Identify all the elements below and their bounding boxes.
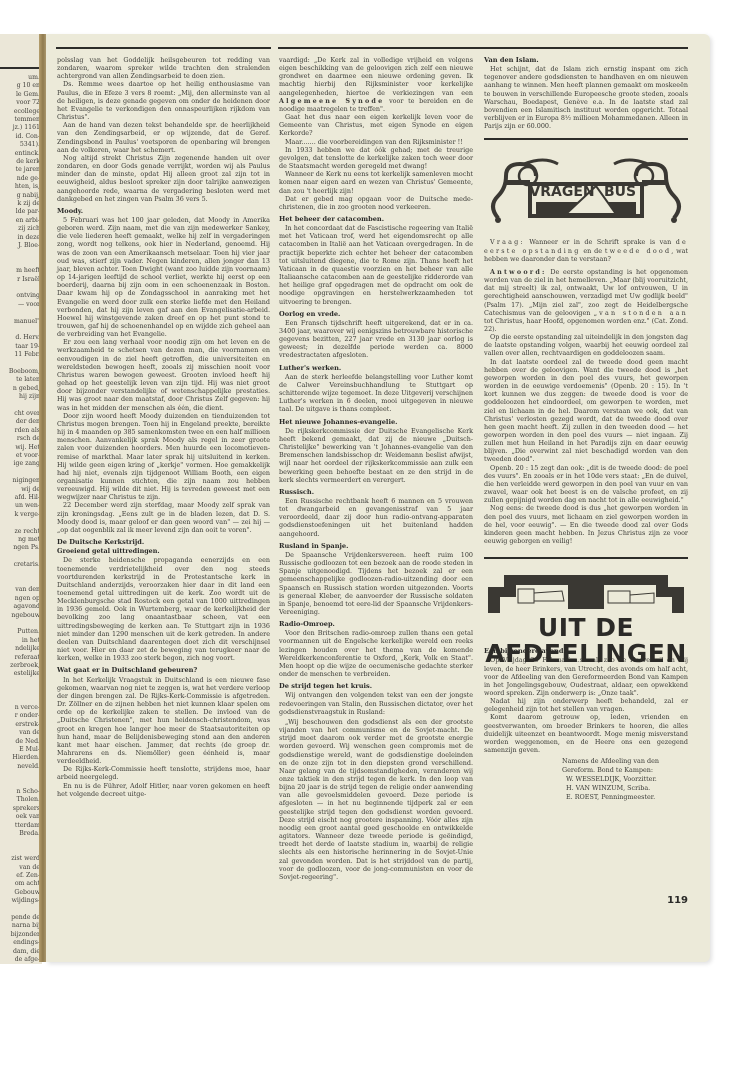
fragment-line: te jaren <box>0 166 40 174</box>
fragment-line: n Scho- <box>0 788 40 796</box>
column-3: Van den Islam. Het schijnt, dat de Islam… <box>484 56 688 802</box>
news-items: Het beheer der catacomben.In het concord… <box>279 215 473 716</box>
paragraph: vaardigd: „De Kerk zal in volledige vrij… <box>279 56 473 113</box>
paragraph: Ds. Remme wees daartoe op het heilig ent… <box>57 80 270 121</box>
column-2-3-top-rule <box>278 47 688 49</box>
fragment-line: agavond <box>0 603 40 611</box>
paragraph: In het concordaat dat de Fascistische re… <box>279 224 473 306</box>
section-heading: Het beheer der catacomben. <box>279 215 473 223</box>
paragraph: Door zijn woord heeft Moody duizenden en… <box>57 412 270 502</box>
fragment-line: narna bij <box>0 922 40 930</box>
answer: Antwoord: De eerste opstanding is het op… <box>484 268 688 333</box>
section-heading: Rusland in Spanje. <box>279 542 473 550</box>
fragment-line: endings- <box>0 939 40 947</box>
paragraph: De rijkskerkcommissie der Duitsche Evang… <box>279 427 473 484</box>
fragment-line: Hierden. <box>0 754 40 762</box>
emphasis: „van stonden aan <box>594 309 688 317</box>
fragment-line: ze recht <box>0 528 40 536</box>
question: Vraag: Wanneer er in de Schrift sprake i… <box>484 238 688 262</box>
svg-text:BUS: BUS <box>604 184 636 200</box>
fragment-line: erstrek- <box>0 721 40 729</box>
separator-rule <box>484 557 688 559</box>
fragment-line: de kerk <box>0 158 40 166</box>
paragraph: De Rijks-Kerk-Commissie heeft tenslotte,… <box>57 765 270 781</box>
fragment-line: om acht <box>0 880 40 888</box>
fragment-line: J. Bloe- <box>0 242 40 250</box>
fragment-line: der den <box>0 418 40 426</box>
signature-line: H. VAN WINZUM, Scriba. <box>562 784 688 793</box>
fragment-line: Tholen. <box>0 796 40 804</box>
fragment-line: van de <box>0 864 40 872</box>
separator-rule <box>484 138 688 140</box>
fragment-line: sprekers <box>0 805 40 813</box>
fragment-line: de Ned. <box>0 738 40 746</box>
fragment-line: n verce- <box>0 704 40 712</box>
fragment-line: bijzonder <box>0 931 40 939</box>
section-heading: Oorlog en vrede. <box>279 310 473 318</box>
fragment-line: ngebouw <box>0 612 40 620</box>
fragment-line: k verge- <box>0 511 40 519</box>
previous-page-fragment: um.g 10 enle Gem.voor 72ecollegetemmenjz… <box>0 34 42 964</box>
fragment-line: neveld. <box>0 763 40 771</box>
paragraph: Openb. 20 : 15 zegt dan ook: „dit is de … <box>484 464 688 505</box>
fragment-line: voor 72 <box>0 99 40 107</box>
paragraph: In het Kerkelijk Vraagstuk in Duitschlan… <box>57 676 270 766</box>
paragraph: Voor den Britschen radio-omroep zullen t… <box>279 629 473 678</box>
fragment-line: de afge- <box>0 956 40 964</box>
fragment-line: id. Con- <box>0 133 40 141</box>
fragment-line: pende de <box>0 914 40 922</box>
paragraph: polsslag van het Goddelijk heilsgebeuren… <box>57 56 270 80</box>
fragment-line: m heeft <box>0 267 40 275</box>
fragment-line: hten, is, <box>0 183 40 191</box>
fragment-line: zist werd <box>0 855 40 863</box>
fragment-line: van de <box>0 729 40 737</box>
paragraph: Het schijnt, dat de Islam zich ernstig i… <box>484 65 688 130</box>
previous-page-rule <box>0 67 40 69</box>
fragment-line: te laten <box>0 376 40 384</box>
fragment-line: Gebouw <box>0 889 40 897</box>
answer-label: Antwoord: <box>490 268 547 276</box>
fragment-line: Breda. <box>0 830 40 838</box>
fragment-line: Putten. <box>0 628 40 636</box>
emphasis: tweede dood <box>605 247 671 255</box>
section-subheading: Groeiend getal uittredingen. <box>57 547 270 555</box>
fragment-line: um. <box>0 74 40 82</box>
paragraph: In 1933 hebben we dat óók gehad; met de … <box>279 146 473 170</box>
stalin-quote: „Wij beschouwen den godsdienst als een d… <box>279 718 473 881</box>
fragment-line: g 10 en <box>0 82 40 90</box>
paragraph: Wij ontvangen den volgenden tekst van ee… <box>279 691 473 715</box>
fragment-line: g nabij, <box>0 192 40 200</box>
afdeelingen-illustration <box>484 567 688 615</box>
paragraph: Wanneer de Kerk nu eens tot kerkelijk sa… <box>279 170 473 194</box>
column-1: polsslag van het Goddelijk heilsgebeuren… <box>57 56 270 798</box>
paragraph: De sterke heidensche propaganda eenerzij… <box>57 556 270 662</box>
text: Wanneer er in de Schrift sprake is van <box>529 238 671 246</box>
fragment-line: n gebed, <box>0 385 40 393</box>
fragment-line: ngen Ps. <box>0 544 40 552</box>
text: vaardigd: „De Kerk zal in volledige vrij… <box>279 56 473 97</box>
fragment-line: estelijke <box>0 670 40 678</box>
fragment-line: dam, die <box>0 948 40 956</box>
fragment-line: cht over <box>0 410 40 418</box>
fragment-line: zerbroek, <box>0 662 40 670</box>
fragment-line: temmen <box>0 116 40 124</box>
paragraph: Een Russische rechtbank heeft 6 mannen e… <box>279 497 473 538</box>
fragment-line: tterdam <box>0 822 40 830</box>
text: tot Christus, haar Hoofd, opgenomen word… <box>484 317 688 333</box>
fragment-line: nde ge- <box>0 175 40 183</box>
fragment-line: ng met <box>0 536 40 544</box>
fragment-line: wijdings- <box>0 897 40 905</box>
paragraph: Komt daarom getrouw op, leden, vrienden … <box>484 713 688 754</box>
fragment-line: manuel" <box>0 318 40 326</box>
paragraph: Gaat het dus naar een eigen kerkelijk le… <box>279 113 473 137</box>
fragment-line: rden als <box>0 427 40 435</box>
fragment-line: E Mul- <box>0 746 40 754</box>
paragraph: Maar....... die voorbereidingen van den … <box>279 138 473 146</box>
section-heading: Het nieuwe Johannes-evangelie. <box>279 418 473 426</box>
fragment-line: wij. Het <box>0 444 40 452</box>
fragment-line: wij de <box>0 486 40 494</box>
fragment-line: r Israël <box>0 276 40 284</box>
fragment-line: entinck. <box>0 150 40 158</box>
signature-line: Namens de Afdeeling van den <box>562 757 688 766</box>
signature-line: Gereform. Bond te Kampen: <box>562 766 688 775</box>
question-label: Vraag: <box>490 238 525 246</box>
fragment-line: ef. Zen- <box>0 872 40 880</box>
signature-line: E. ROEST, Penningmeester. <box>562 793 688 802</box>
fragment-line: oek van <box>0 813 40 821</box>
section-heading-kerkstrijd: De Duitsche Kerkstrijd. <box>57 538 270 546</box>
paragraph: Een Fransch tijdschrift heeft uitgereken… <box>279 319 473 360</box>
vragenbus-illustration: VRAGEN BUS <box>484 148 688 232</box>
fragment-line: referaat <box>0 654 40 662</box>
signature-block: Namens de Afdeeling van den Gereform. Bo… <box>484 757 688 802</box>
page-number: 119 <box>667 895 688 906</box>
paragraph: Aan de sterk herleefde belangstelling vo… <box>279 373 473 414</box>
paragraph: Er zou een lang verhaal voor noodig zijn… <box>57 338 270 411</box>
fragment-line: ngen op <box>0 595 40 603</box>
fragment-line: cretaris. <box>0 561 40 569</box>
section-heading: Russisch. <box>279 488 473 496</box>
paragraph: In dat laatste oordeel zal de tweede doo… <box>484 358 688 464</box>
fragment-line: k zij de <box>0 200 40 208</box>
fragment-line: taar 19- <box>0 343 40 351</box>
fragment-line: ontving <box>0 292 40 300</box>
fragment-line: le Gem. <box>0 91 40 99</box>
paragraph: Op die eerste opstanding zal uiteindelij… <box>484 333 688 357</box>
svg-text:VRAGEN: VRAGEN <box>529 184 594 200</box>
fragment-line: in deze <box>0 234 40 242</box>
fragment-line: rsch de <box>0 435 40 443</box>
fragment-line: — voor <box>0 301 40 309</box>
section-heading-moody: Moody. <box>57 207 270 215</box>
paragraph: Dat er gebed mag opgaan voor de Duitsche… <box>279 195 473 211</box>
afdeelingen-banner: UIT DE AFDEELINGEN <box>484 567 688 639</box>
signature-line: W. WESSELDIJK, Voorzitter. <box>562 775 688 784</box>
fragment-line: 11 Febr. <box>0 351 40 359</box>
fragment-line: ige zang <box>0 460 40 468</box>
fragment-line: lde par- <box>0 208 40 216</box>
paragraph: Nog eens: de tweede dood is dus „het gew… <box>484 504 688 545</box>
paragraph: 22 December werd zijn sterfdag, maar Moo… <box>57 501 270 534</box>
fragment-line: d. Herv. <box>0 334 40 342</box>
column-1-top-rule <box>56 47 271 49</box>
section-heading: Radio-Omroep. <box>279 620 473 628</box>
fragment-line: en arbi- <box>0 217 40 225</box>
fragment-line: un wen- <box>0 502 40 510</box>
fragment-line: afd. Hil- <box>0 494 40 502</box>
text: en de <box>583 247 602 255</box>
fragment-line: jz.) 1161 <box>0 124 40 132</box>
fragment-line: ecollege <box>0 108 40 116</box>
fragment-line: van den <box>0 586 40 594</box>
paragraph: Nadat hij zijn onderwerp heeft behandeld… <box>484 697 688 713</box>
section-heading-islam: Van den Islam. <box>484 56 688 64</box>
section-heading-duitschland: Wat gaat er in Duitschland gebeuren? <box>57 666 270 674</box>
paragraph: Aan de hand van dezen tekst behandelde s… <box>57 121 270 154</box>
paragraph: Nog altijd strekt Christus Zijn zegenend… <box>57 154 270 203</box>
fragment-line: in het <box>0 637 40 645</box>
section-heading: De strijd tegen het kruis. <box>279 682 473 690</box>
column-2: vaardigd: „De Kerk zal in volledige vrij… <box>279 56 473 881</box>
fragment-line: zij zich <box>0 225 40 233</box>
vragenbus-banner: VRAGEN BUS <box>484 148 688 232</box>
fragment-line: 5341). <box>0 141 40 149</box>
emphasis: Algemeene Synode <box>279 97 384 105</box>
fragment-line: hij zijn <box>0 393 40 401</box>
fragment-line: nigingen <box>0 477 40 485</box>
afdeelingen-title: UIT DE AFDEELINGEN <box>484 615 688 667</box>
fragment-line: ndelijke <box>0 645 40 653</box>
section-heading: Luther's werken. <box>279 364 473 372</box>
fragment-line: Boeboom, <box>0 368 40 376</box>
fragment-line: r onder- <box>0 712 40 720</box>
fragment-line: et voor- <box>0 452 40 460</box>
paragraph: En nu is de Führer, Adolf Hitler, naar v… <box>57 782 270 798</box>
newspaper-page: polsslag van het Goddelijk heilsgebeuren… <box>46 34 710 962</box>
paragraph: De Spaansche Vrijdenkersvereen. heeft ru… <box>279 551 473 616</box>
paragraph: 5 Februari was het 100 jaar geleden, dat… <box>57 216 270 338</box>
